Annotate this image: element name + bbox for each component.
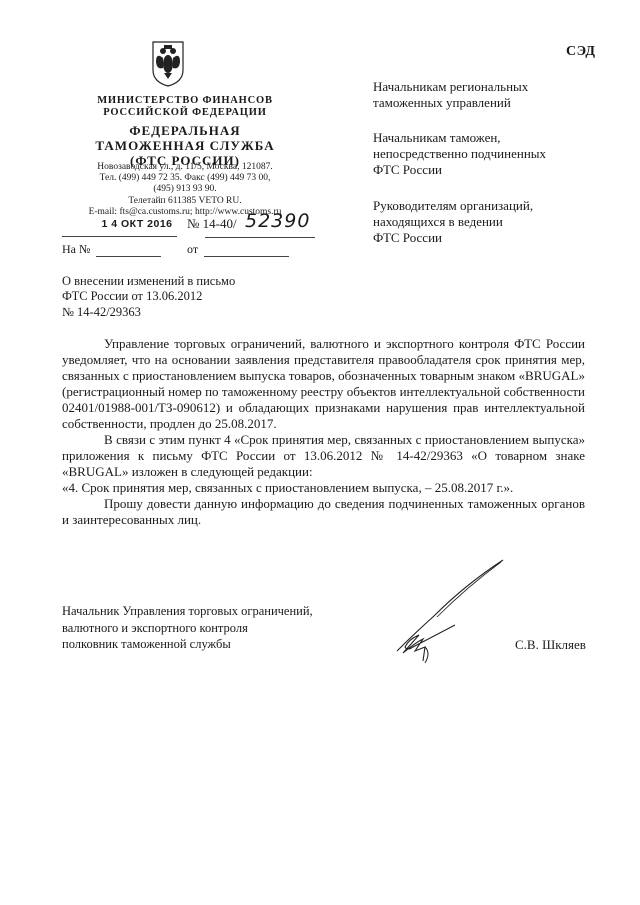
body-paragraph-amendment: В связи с этим пункт 4 «Срок принятия ме… — [62, 432, 585, 480]
outgoing-number-handwritten: 52390 — [245, 210, 310, 232]
addressee-line: Начальникам таможен, — [373, 130, 546, 146]
signatory-name: С.В. Шкляев — [515, 637, 586, 653]
date-underline — [62, 236, 177, 237]
teletype-line: Телетайп 611385 VETO RU. — [60, 196, 310, 207]
letter-subject: О внесении изменений в письмо ФТС России… — [62, 274, 235, 320]
addressee-customs-heads: Начальникам таможен, непосредственно под… — [373, 130, 546, 178]
addressee-line: Руководителям организаций, — [373, 198, 533, 214]
addressee-line: Начальникам региональных — [373, 79, 528, 95]
signatory-title-line: полковник таможенной службы — [62, 636, 313, 653]
address-line: Новозаводская ул., д. 11/5, Москва, 1210… — [60, 162, 310, 173]
letter-body: Управление торговых ограничений, валютно… — [62, 336, 585, 528]
addressee-line: ФТС России — [373, 230, 533, 246]
phone-line-2: (495) 913 93 90. — [60, 184, 310, 195]
signatory-title-line: Начальник Управления торговых ограничени… — [62, 603, 313, 620]
reference-number-label: На № — [62, 242, 90, 257]
reference-date-blank — [204, 256, 289, 257]
reference-date-label: от — [187, 242, 198, 257]
service-line-2: ТАМОЖЕННАЯ СЛУЖБА — [60, 138, 310, 153]
russian-coat-of-arms-icon — [150, 40, 186, 88]
subject-line: О внесении изменений в письмо — [62, 274, 235, 289]
addressee-organization-heads: Руководителям организаций, находящихся в… — [373, 198, 533, 246]
signatory-title-line: валютного и экспортного контроля — [62, 620, 313, 637]
addressee-regional-offices: Начальникам региональных таможенных упра… — [373, 79, 528, 111]
sed-marker: СЭД — [566, 44, 596, 60]
ministry-line-1: МИНИСТЕРСТВО ФИНАНСОВ — [60, 95, 310, 107]
reference-number-blank — [96, 256, 161, 257]
phone-line: Тел. (499) 449 72 35. Факс (499) 449 73 … — [60, 173, 310, 184]
subject-line: ФТС России от 13.06.2012 — [62, 289, 235, 304]
ministry-name: МИНИСТЕРСТВО ФИНАНСОВ РОССИЙСКОЙ ФЕДЕРАЦ… — [60, 95, 310, 119]
outgoing-number-label: № 14-40/ — [187, 216, 237, 232]
body-paragraph-request: Прошу довести данную информацию до сведе… — [62, 496, 585, 528]
handwritten-signature-icon — [385, 555, 525, 670]
date-stamp: 1 4 ОКТ 2016 — [92, 218, 182, 230]
addressee-line: ФТС России — [373, 162, 546, 178]
body-paragraph-notice: Управление торговых ограничений, валютно… — [62, 336, 585, 432]
signatory-title: Начальник Управления торговых ограничени… — [62, 603, 313, 653]
service-line-1: ФЕДЕРАЛЬНАЯ — [60, 123, 310, 138]
body-paragraph-new-wording: «4. Срок принятия мер, связанных с приос… — [62, 480, 585, 496]
number-underline — [205, 237, 315, 238]
addressee-line: непосредственно подчиненных — [373, 146, 546, 162]
ministry-line-2: РОССИЙСКОЙ ФЕДЕРАЦИИ — [60, 107, 310, 119]
subject-line: № 14-42/29363 — [62, 305, 235, 320]
addressee-line: находящихся в ведении — [373, 214, 533, 230]
addressee-line: таможенных управлений — [373, 95, 528, 111]
